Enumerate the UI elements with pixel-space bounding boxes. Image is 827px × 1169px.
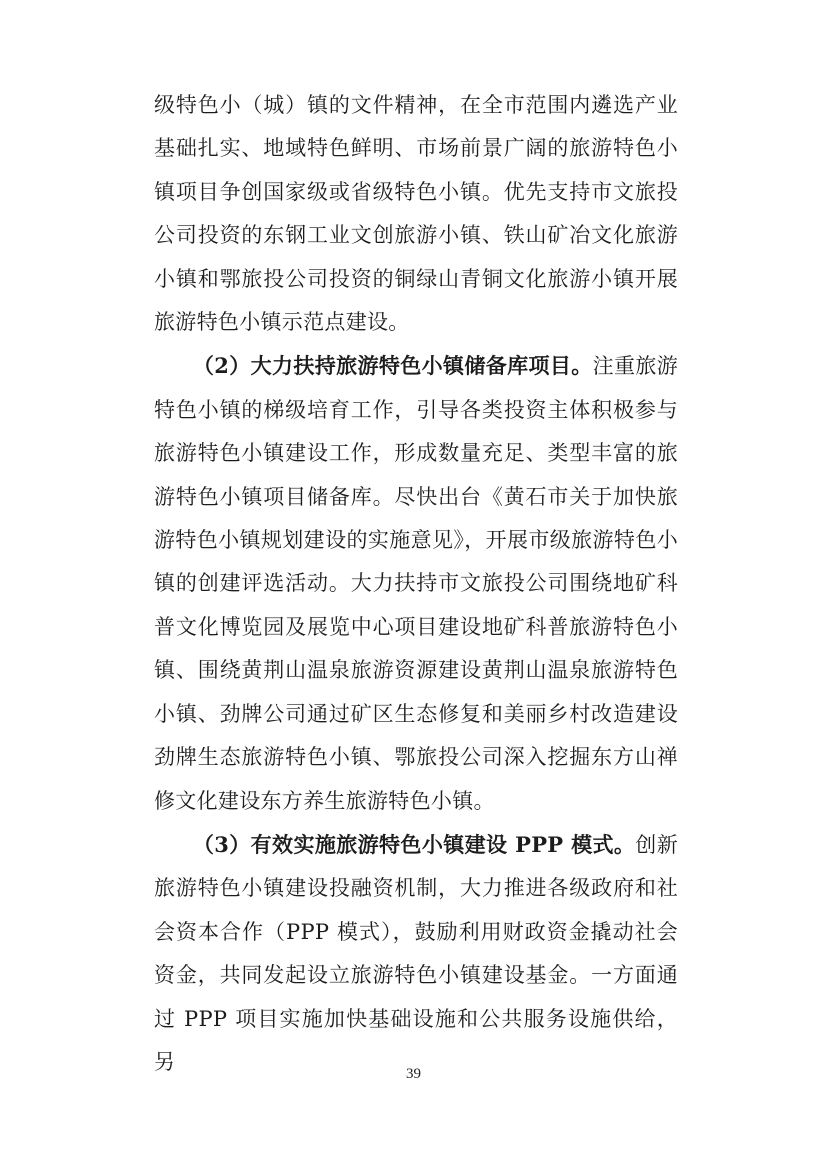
paragraph-continuation: 级特色小（城）镇的文件精神，在全市范围内遴选产业基础扎实、地域特色鲜明、市场前景… — [154, 84, 678, 344]
paragraph-text: 注重旅游特色小镇的梯级培育工作，引导各类投资主体积极参与旅游特色小镇建设工作，形… — [154, 354, 678, 812]
paragraph-heading-bold: （2）大力扶持旅游特色小镇储备库项目。 — [193, 353, 593, 378]
paragraph-item-3: （3）有效实施旅游特色小镇建设 PPP 模式。创新旅游特色小镇建设投融资机制，大… — [154, 823, 678, 1084]
page-number: 39 — [0, 1066, 827, 1083]
document-page: 级特色小（城）镇的文件精神，在全市范围内遴选产业基础扎实、地域特色鲜明、市场前景… — [0, 0, 827, 1169]
paragraph-item-2: （2）大力扶持旅游特色小镇储备库项目。注重旅游特色小镇的梯级培育工作，引导各类投… — [154, 344, 678, 822]
paragraph-heading-bold: （3）有效实施旅游特色小镇建设 PPP 模式。 — [193, 832, 635, 857]
paragraph-text: 创新旅游特色小镇建设投融资机制，大力推进各级政府和社会资本合作（PPP 模式），… — [154, 833, 678, 1074]
text-body: 级特色小（城）镇的文件精神，在全市范围内遴选产业基础扎实、地域特色鲜明、市场前景… — [154, 84, 678, 1084]
paragraph-text: 级特色小（城）镇的文件精神，在全市范围内遴选产业基础扎实、地域特色鲜明、市场前景… — [154, 93, 678, 334]
